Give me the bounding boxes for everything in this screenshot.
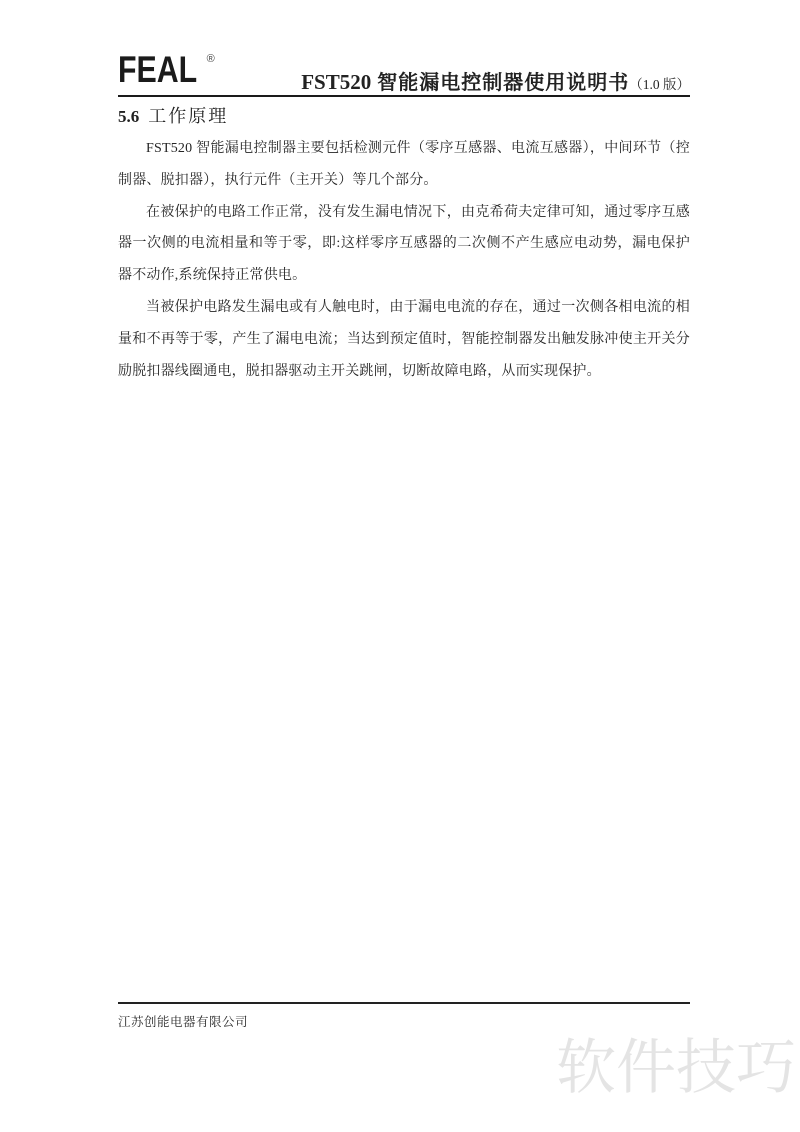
document-title-version: （1.0 版） bbox=[629, 77, 690, 92]
feal-logo: FEAL ® bbox=[118, 54, 215, 86]
logo-wordmark: FEAL bbox=[118, 54, 197, 86]
document-title-model: FST520 bbox=[301, 70, 371, 94]
paragraph-overview: FST520 智能漏电控制器主要包括检测元件（零序互感器、电流互感器），中间环节… bbox=[118, 133, 690, 197]
paragraph-normal-operation: 在被保护的电路工作正常，没有发生漏电情况下，由克希荷夫定律可知，通过零序互感器一… bbox=[118, 197, 690, 292]
document-title: FST520 智能漏电控制器使用说明书（1.0 版） bbox=[301, 66, 690, 95]
section-title: 工作原理 bbox=[148, 102, 228, 128]
section-heading: 5.6 工作原理 bbox=[118, 102, 228, 128]
paragraph-leakage-trip: 当被保护电路发生漏电或有人触电时，由于漏电电流的存在，通过一次侧各相电流的相量和… bbox=[118, 292, 690, 387]
registered-trademark-icon: ® bbox=[207, 54, 215, 65]
footer-company-name: 江苏创能电器有限公司 bbox=[118, 1012, 248, 1030]
watermark-text: 软件技巧 bbox=[556, 1036, 796, 1100]
body-text: FST520 智能漏电控制器主要包括检测元件（零序互感器、电流互感器），中间环节… bbox=[118, 133, 690, 387]
footer-divider bbox=[118, 1002, 690, 1004]
header-divider bbox=[118, 95, 690, 97]
document-title-text: 智能漏电控制器使用说明书 bbox=[371, 72, 629, 94]
section-number: 5.6 bbox=[118, 107, 139, 127]
manual-page: FEAL ® FST520 智能漏电控制器使用说明书（1.0 版） 5.6 工作… bbox=[0, 0, 800, 1132]
